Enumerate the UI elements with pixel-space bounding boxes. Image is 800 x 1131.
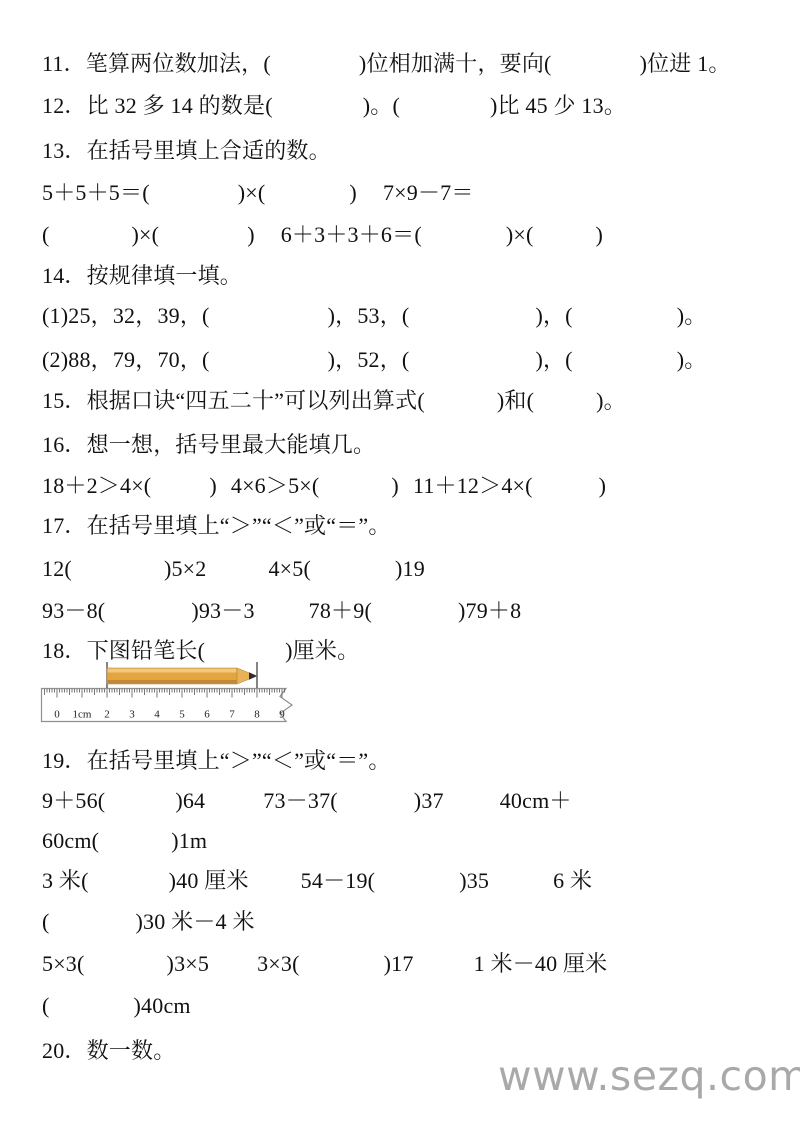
text-run: ) (349, 180, 357, 205)
worksheet-line: ()40cm (42, 992, 191, 1020)
answer-blank (150, 199, 238, 200)
answer-blank (311, 575, 395, 576)
text-run: 60cm( (42, 828, 99, 853)
text-run: )，( (535, 303, 572, 328)
text-run: )厘米。 (285, 638, 359, 663)
text-run: )17 (384, 951, 414, 976)
text-run: )30 米－4 米 (136, 909, 255, 934)
text-run: )。 (596, 388, 626, 413)
answer-blank (85, 970, 167, 971)
text-run: )40cm (134, 993, 191, 1018)
worksheet-line: 13．在括号里填上合适的数。 (42, 137, 331, 165)
answer-blank (319, 492, 391, 493)
worksheet-line: 18＋2＞4×()4×6＞5×()11＋12＞4×() (42, 472, 606, 500)
text-run: 12．比 32 多 14 的数是( (42, 93, 273, 118)
text-run: ) (209, 473, 217, 498)
text-run: 11＋12＞4×( (413, 473, 533, 498)
text-run: )和( (497, 388, 534, 413)
text-run: 5×3( (42, 951, 85, 976)
text-run: )3×5 (167, 951, 210, 976)
text-run: )37 (414, 788, 444, 813)
worksheet-line: 12．比 32 多 14 的数是()。()比 45 少 13。 (42, 92, 626, 120)
answer-blank (265, 199, 349, 200)
text-run: 14．按规律填一填。 (42, 263, 242, 288)
worksheet-line: ()×()6＋3＋3＋6＝()×() (42, 221, 603, 249)
text-run: 11．笔算两位数加法，( (42, 51, 271, 76)
answer-blank (399, 492, 413, 493)
text-run: ( (42, 993, 50, 1018)
answer-blank (205, 657, 285, 658)
ruler-label: 0 (54, 709, 60, 721)
text-run: 6＋3＋3＋6＝( (281, 222, 422, 247)
answer-blank (50, 241, 132, 242)
text-run: )。 (677, 347, 707, 372)
worksheet-line: 60cm()1m (42, 827, 207, 855)
watermark: www.sezq.com (498, 1054, 800, 1099)
text-run: 16．想一想，括号里最大能填几。 (42, 432, 375, 457)
answer-blank (425, 407, 497, 408)
worksheet-line: 20．数一数。 (42, 1037, 175, 1065)
answer-blank (72, 575, 164, 576)
ruler-label: 3 (129, 709, 135, 721)
answer-blank (255, 617, 309, 618)
answer-blank (206, 575, 268, 576)
worksheet-line: 5＋5＋5＝()×()7×9－7＝ (42, 179, 474, 207)
answer-blank (255, 241, 281, 242)
answer-blank (338, 807, 414, 808)
text-run: )1m (171, 828, 207, 853)
answer-blank (422, 241, 506, 242)
text-run: )19 (395, 556, 425, 581)
text-run: 13．在括号里填上合适的数。 (42, 138, 331, 163)
answer-blank (210, 366, 328, 367)
ruler-label: 8 (254, 709, 260, 721)
answer-blank (534, 407, 596, 408)
answer-blank (372, 617, 458, 618)
answer-blank (573, 322, 677, 323)
ruler-label: 1cm (73, 709, 92, 721)
ruler-label: 7 (229, 709, 235, 721)
worksheet-line: 11．笔算两位数加法，()位相加满十，要向()位进 1。 (42, 50, 731, 78)
answer-blank (50, 928, 136, 929)
worksheet-page: 11．笔算两位数加法，()位相加满十，要向()位进 1。12．比 32 多 14… (0, 0, 800, 1131)
worksheet-line: 15．根据口诀“四五二十”可以列出算式()和()。 (42, 387, 626, 415)
text-run: ) (599, 473, 607, 498)
text-run: )40 厘米 (169, 868, 249, 893)
answer-blank (409, 322, 535, 323)
worksheet-line: 17．在括号里填上“＞”“＜”或“＝”。 (42, 512, 391, 540)
answer-blank (489, 887, 553, 888)
text-run: 5＋5＋5＝( (42, 180, 150, 205)
answer-blank (357, 199, 383, 200)
text-run: 6 米 (553, 868, 592, 893)
text-run: 73－37( (263, 788, 338, 813)
text-run: )位进 1。 (640, 51, 731, 76)
text-run: ( (42, 909, 50, 934)
text-run: ( (42, 222, 50, 247)
answer-blank (151, 492, 209, 493)
text-run: 3 米( (42, 868, 89, 893)
text-run: 15．根据口诀“四五二十”可以列出算式( (42, 388, 425, 413)
answer-blank (105, 807, 175, 808)
answer-blank (414, 970, 474, 971)
worksheet-line: (2)88，79，70，()，52，()，()。 (42, 346, 706, 374)
worksheet-line: 14．按规律填一填。 (42, 262, 242, 290)
ruler-label: 9 (279, 709, 285, 721)
text-run: )79＋8 (458, 598, 521, 623)
answer-blank (159, 241, 247, 242)
text-run: )×( (132, 222, 160, 247)
text-run: 7×9－7＝ (383, 180, 474, 205)
text-run: )，52，( (328, 347, 410, 372)
text-run: )位相加满十，要向( (359, 51, 552, 76)
text-run: 78＋9( (309, 598, 372, 623)
text-run: 18．下图铅笔长( (42, 638, 205, 663)
text-run: 3×3( (257, 951, 300, 976)
answer-blank (217, 492, 231, 493)
text-run: ) (247, 222, 255, 247)
answer-blank (209, 970, 257, 971)
text-run: )。( (363, 93, 400, 118)
text-run: 1 米－40 厘米 (474, 951, 608, 976)
ruler-label: 6 (204, 709, 210, 721)
pencil-graphite-tip (249, 672, 257, 680)
text-run: (2)88，79，70，( (42, 347, 210, 372)
answer-blank (105, 617, 191, 618)
answer-blank (375, 887, 459, 888)
text-run: )35 (459, 868, 489, 893)
answer-blank (50, 1012, 134, 1013)
answer-blank (534, 241, 596, 242)
text-run: 20．数一数。 (42, 1038, 175, 1063)
text-run: 4×5( (268, 556, 311, 581)
worksheet-line: 3 米()40 厘米54－19()356 米 (42, 867, 592, 895)
answer-blank (552, 70, 640, 71)
ruler-svg: 01cm23456789 (40, 661, 298, 725)
text-run: 18＋2＞4×( (42, 473, 151, 498)
pencil-shadow (108, 680, 237, 684)
text-run: )5×2 (164, 556, 207, 581)
text-run: )比 45 少 13。 (490, 93, 626, 118)
answer-blank (300, 970, 384, 971)
text-run: ) (596, 222, 604, 247)
worksheet-line: (1)25，32，39，()，53，()，()。 (42, 302, 706, 330)
text-run: ) (391, 473, 399, 498)
answer-blank (533, 492, 599, 493)
worksheet-line: ()30 米－4 米 (42, 908, 255, 936)
text-run: )93－3 (191, 598, 254, 623)
answer-blank (444, 807, 500, 808)
answer-blank (271, 70, 359, 71)
ruler-label: 4 (154, 709, 160, 721)
text-run: )。 (677, 303, 707, 328)
text-run: )64 (175, 788, 205, 813)
ruler-label: 5 (179, 709, 185, 721)
text-run: 17．在括号里填上“＞”“＜”或“＝”。 (42, 513, 391, 538)
answer-blank (409, 366, 535, 367)
answer-blank (99, 847, 171, 848)
answer-blank (249, 887, 301, 888)
pencil-highlight (108, 669, 237, 673)
text-run: 93－8( (42, 598, 105, 623)
worksheet-line: 9＋56()6473－37()3740cm＋ (42, 787, 572, 815)
worksheet-line: 5×3()3×53×3()171 米－40 厘米 (42, 950, 607, 978)
pencil-ruler-figure: 01cm23456789 (40, 661, 298, 725)
worksheet-line: 12()5×24×5()19 (42, 555, 425, 583)
text-run: )，( (535, 347, 572, 372)
text-run: 40cm＋ (500, 788, 572, 813)
text-run: 19．在括号里填上“＞”“＜”或“＝”。 (42, 748, 391, 773)
text-run: (1)25，32，39，( (42, 303, 210, 328)
text-run: )×( (238, 180, 266, 205)
answer-blank (573, 366, 677, 367)
worksheet-line: 19．在括号里填上“＞”“＜”或“＝”。 (42, 747, 391, 775)
worksheet-line: 16．想一想，括号里最大能填几。 (42, 431, 375, 459)
answer-blank (400, 112, 490, 113)
text-run: 12( (42, 556, 72, 581)
text-run: 4×6＞5×( (231, 473, 320, 498)
text-run: )×( (506, 222, 534, 247)
text-run: 54－19( (301, 868, 376, 893)
answer-blank (205, 807, 263, 808)
text-run: )，53，( (328, 303, 410, 328)
answer-blank (273, 112, 363, 113)
answer-blank (210, 322, 328, 323)
text-run: 9＋56( (42, 788, 105, 813)
worksheet-line: 93－8()93－378＋9()79＋8 (42, 597, 521, 625)
answer-blank (89, 887, 169, 888)
ruler-label: 2 (104, 709, 110, 721)
